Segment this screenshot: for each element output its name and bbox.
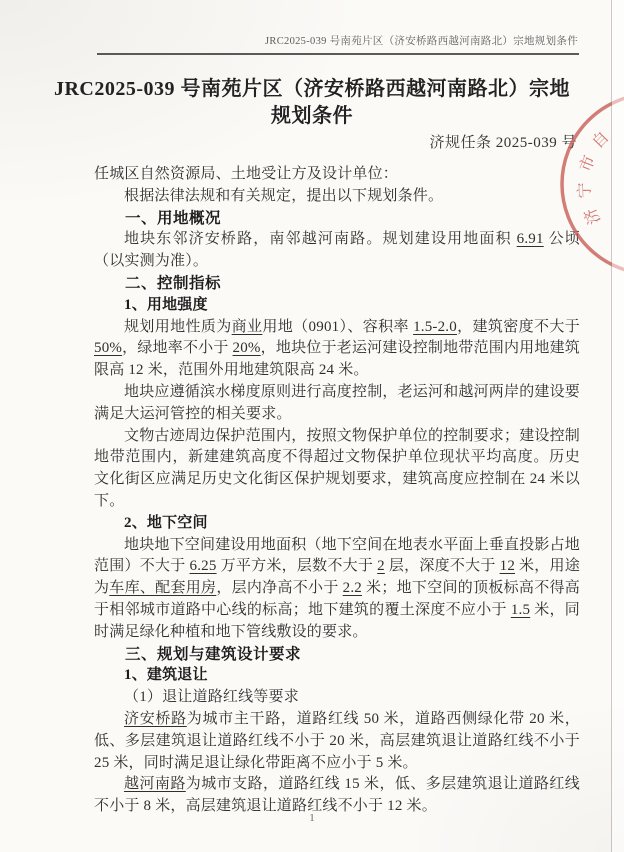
text-segment: ，建筑密度不大于 [457, 319, 580, 335]
text-segment: ，层内净高不小于 [216, 580, 342, 596]
text-segment: 根据法律法规和有关规定，提出以下规划条件。 [124, 188, 443, 204]
section-1-heading: 一、用地概况 [94, 208, 580, 230]
text-segment: ，绿地率不小于 [122, 340, 232, 356]
underlined-value: 商业 [232, 319, 263, 335]
text-segment: 任城区自然资源局、土地受让方及设计单位： [94, 166, 398, 182]
text-segment: 万平方米，层数不大于 [217, 558, 378, 574]
scan-edge-strip [612, 0, 624, 852]
text-segment: （1）退让道路红线等要求 [124, 689, 299, 705]
sub-1-setback-heading: 1、建筑退让 [94, 665, 580, 687]
sub-2-underground-heading: 2、地下空间 [94, 513, 580, 535]
page-title-line1: JRC2025-039 号南苑片区（济安桥路西越河南路北）宗地 [50, 76, 574, 103]
text-segment: 用地（0901）、容积率 [262, 319, 413, 335]
text-segment: 规划用地性质为 [124, 319, 232, 335]
page-title: JRC2025-039 号南苑片区（济安桥路西越河南路北）宗地 规划条件 [50, 76, 574, 130]
document-page: JRC2025-039 号南苑片区（济安桥路西越河南路北）宗地规划条件 JRC2… [0, 0, 624, 852]
recipient-line: 任城区自然资源局、土地受让方及设计单位： [94, 164, 580, 186]
text-segment: 层，深度不大于 [385, 558, 500, 574]
header-rule [97, 53, 579, 55]
section-2-heading: 二、控制指标 [94, 273, 580, 295]
text-segment: 1、用地强度 [124, 297, 208, 313]
underlined-value: 1.5 [511, 602, 530, 618]
underlined-value: 6.25 [190, 558, 217, 574]
page-title-line2: 规划条件 [50, 103, 574, 130]
underlined-value: 1.5-2.0 [413, 319, 457, 335]
text-segment: 1、建筑退让 [124, 667, 208, 683]
underlined-value: 车库、配套用房 [109, 580, 216, 596]
text-segment: 二、控制指标 [125, 275, 221, 292]
heritage-paragraph: 文物古迹周边保护范围内，按照文物保护单位的控制要求；建设控制地带范围内，新建建筑… [94, 426, 580, 513]
land-intensity-paragraph: 规划用地性质为商业用地（0901）、容积率 1.5-2.0，建筑密度不大于 50… [94, 317, 580, 382]
intro-paragraph: 根据法律法规和有关规定，提出以下规划条件。 [94, 186, 580, 208]
page-number: 1 [0, 812, 624, 824]
clause-1-heading: （1）退让道路红线等要求 [94, 687, 580, 709]
waterfront-paragraph: 地块应遵循滨水梯度原则进行高度控制，老运河和越河两岸的建设要满足大运河管控的相关… [94, 382, 580, 426]
text-segment: 2、地下空间 [124, 515, 208, 531]
underlined-value: 12 [500, 558, 515, 574]
underlined-value: 越河南路 [124, 776, 186, 792]
underlined-value: 2.2 [343, 580, 362, 596]
document-body: 任城区自然资源局、土地受让方及设计单位：根据法律法规和有关规定，提出以下规划条件… [94, 164, 580, 818]
underground-paragraph: 地块地下空间建设用地面积（地下空间在地表水平面上垂直投影占地范围）不大于 6.2… [94, 535, 580, 644]
jianqiao-road-paragraph: 济安桥路为城市主干路，道路红线 50 米，道路西侧绿化带 20 米，低、多层建筑… [94, 709, 580, 774]
underlined-value: 6.91 [517, 231, 544, 247]
running-header: JRC2025-039 号南苑片区（济安桥路西越河南路北）宗地规划条件 [265, 33, 578, 48]
sub-1-land-intensity-heading: 1、用地强度 [94, 295, 580, 317]
underlined-value: 20% [233, 340, 261, 356]
text-segment: 文物古迹周边保护范围内，按照文物保护单位的控制要求；建设控制地带范围内，新建建筑… [94, 428, 580, 509]
text-segment: 一、用地概况 [125, 210, 221, 227]
underlined-value: 济安桥路 [124, 711, 187, 727]
section-3-heading: 三、规划与建筑设计要求 [94, 644, 580, 666]
land-overview-paragraph: 地块东邻济安桥路，南邻越河南路。规划建设用地面积 6.91 公顷（以实测为准）。 [94, 229, 580, 273]
text-segment: 地块东邻济安桥路，南邻越河南路。规划建设用地面积 [124, 231, 517, 247]
text-segment: 地块应遵循滨水梯度原则进行高度控制，老运河和越河两岸的建设要满足大运河管控的相关… [94, 384, 580, 422]
doc-number: 济规任条 2025-039 号 [430, 131, 578, 152]
text-segment: 三、规划与建筑设计要求 [125, 646, 301, 663]
scan-edge-line [611, 0, 612, 852]
underlined-value: 2 [377, 558, 385, 574]
underlined-value: 50% [94, 340, 122, 356]
